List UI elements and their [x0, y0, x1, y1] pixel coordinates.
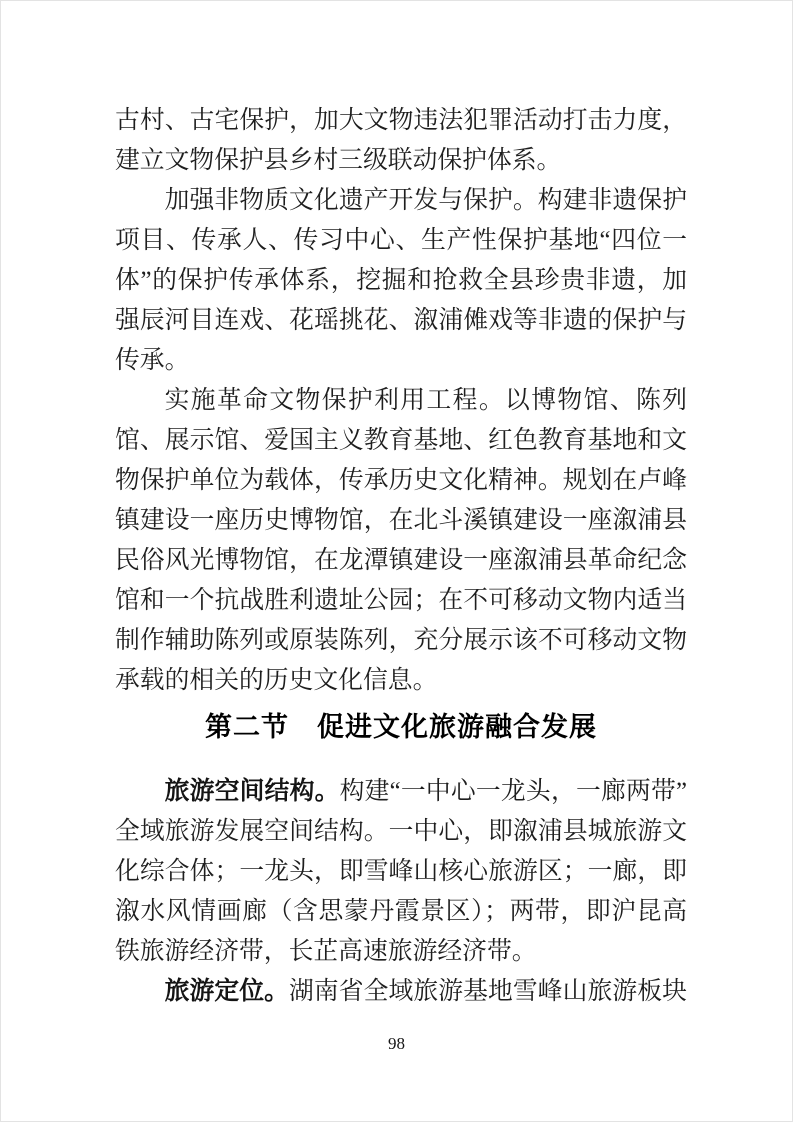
paragraph-lead-tourism-positioning: 旅游定位。: [165, 978, 289, 1005]
paragraph-intangible-heritage: 加强非物质文化遗产开发与保护。构建非遗保护项目、传承人、传习中心、生产性保护基地…: [115, 181, 687, 381]
page-body: 古村、古宅保护，加大文物违法犯罪活动打击力度，建立文物保护县乡村三级联动保护体系…: [115, 101, 687, 1012]
paragraph-text-tourism-positioning: 湖南省全域旅游基地雪峰山旅游板块: [289, 978, 687, 1005]
document-page: 古村、古宅保护，加大文物违法犯罪活动打击力度，建立文物保护县乡村三级联动保护体系…: [0, 0, 793, 1122]
paragraph-text-tourism-structure: 构建“一中心一龙头，一廊两带”全域旅游发展空间结构。一中心，即溆浦县城旅游文化综…: [115, 778, 687, 965]
paragraph-tourism-structure: 旅游空间结构。构建“一中心一龙头，一廊两带”全域旅游发展空间结构。一中心，即溆浦…: [115, 772, 687, 972]
paragraph-tourism-positioning: 旅游定位。湖南省全域旅游基地雪峰山旅游板块: [115, 972, 687, 1012]
section-heading: 第二节 促进文化旅游融合发展: [115, 705, 687, 749]
page-number: 98: [388, 1034, 405, 1053]
page-footer: 98: [1, 1034, 792, 1054]
paragraph-continuation: 古村、古宅保护，加大文物违法犯罪活动打击力度，建立文物保护县乡村三级联动保护体系…: [115, 101, 687, 181]
paragraph-revolutionary-relics: 实施革命文物保护利用工程。以博物馆、陈列馆、展示馆、爱国主义教育基地、红色教育基…: [115, 381, 687, 701]
paragraph-lead-tourism-structure: 旅游空间结构。: [165, 778, 340, 805]
